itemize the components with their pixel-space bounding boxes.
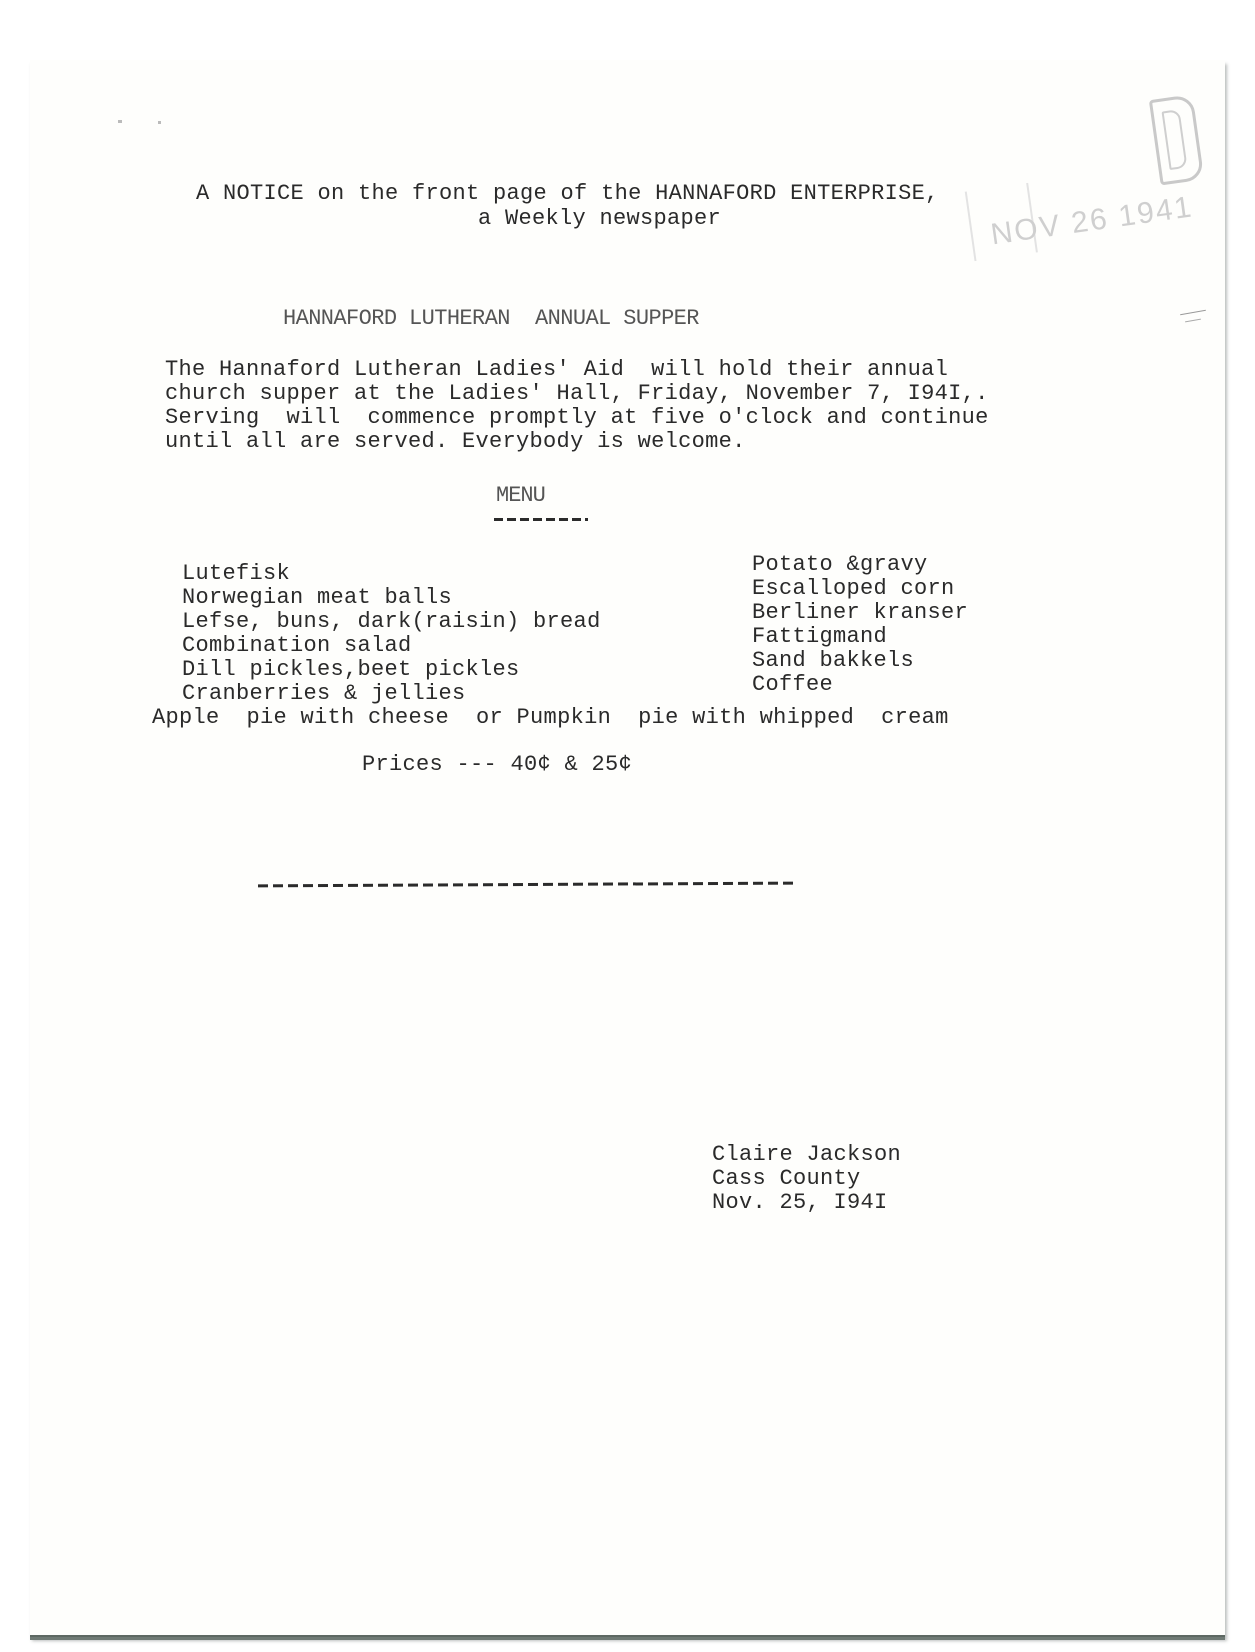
signature-county: Cass County: [712, 1166, 861, 1191]
signature-name: Claire Jackson: [712, 1142, 901, 1167]
menu-item: Escalloped corn: [752, 576, 955, 601]
menu-item: Potato &gravy: [752, 552, 928, 577]
dessert-line: Apple pie with cheese or Pumpkin pie wit…: [152, 705, 949, 730]
header-line-2: a Weekly newspaper: [478, 206, 721, 231]
article-title: HANNAFORD LUTHERAN ANNUAL SUPPER: [283, 306, 699, 331]
stamp-letter-d: [1149, 94, 1205, 185]
body-line: The Hannaford Lutheran Ladies' Aid will …: [165, 357, 948, 382]
menu-item: Coffee: [752, 672, 833, 697]
menu-item: Lutefisk: [182, 561, 290, 586]
menu-item: Sand bakkels: [752, 648, 914, 673]
menu-item: Berliner kranser: [752, 600, 968, 625]
menu-item: Lefse, buns, dark(raisin) bread: [182, 609, 601, 634]
body-line: until all are served. Everybody is welco…: [165, 429, 746, 454]
body-line: church supper at the Ladies' Hall, Frida…: [165, 381, 989, 406]
header-line-1: A NOTICE on the front page of the HANNAF…: [196, 181, 939, 206]
signature-date: Nov. 25, I94I: [712, 1190, 888, 1215]
prices: Prices --- 40¢ & 25¢: [362, 752, 632, 777]
menu-heading: MENU: [496, 483, 545, 508]
menu-item: Combination salad: [182, 633, 412, 658]
document-page: [30, 60, 1225, 1637]
speck-mark: [118, 120, 122, 123]
menu-item: Cranberries & jellies: [182, 681, 466, 706]
menu-item: Dill pickles,beet pickles: [182, 657, 520, 682]
menu-underline: [494, 518, 588, 521]
menu-item: Fattigmand: [752, 624, 887, 649]
menu-item: Norwegian meat balls: [182, 585, 452, 610]
body-line: Serving will commence promptly at five o…: [165, 405, 989, 430]
speck-mark: [158, 121, 161, 124]
